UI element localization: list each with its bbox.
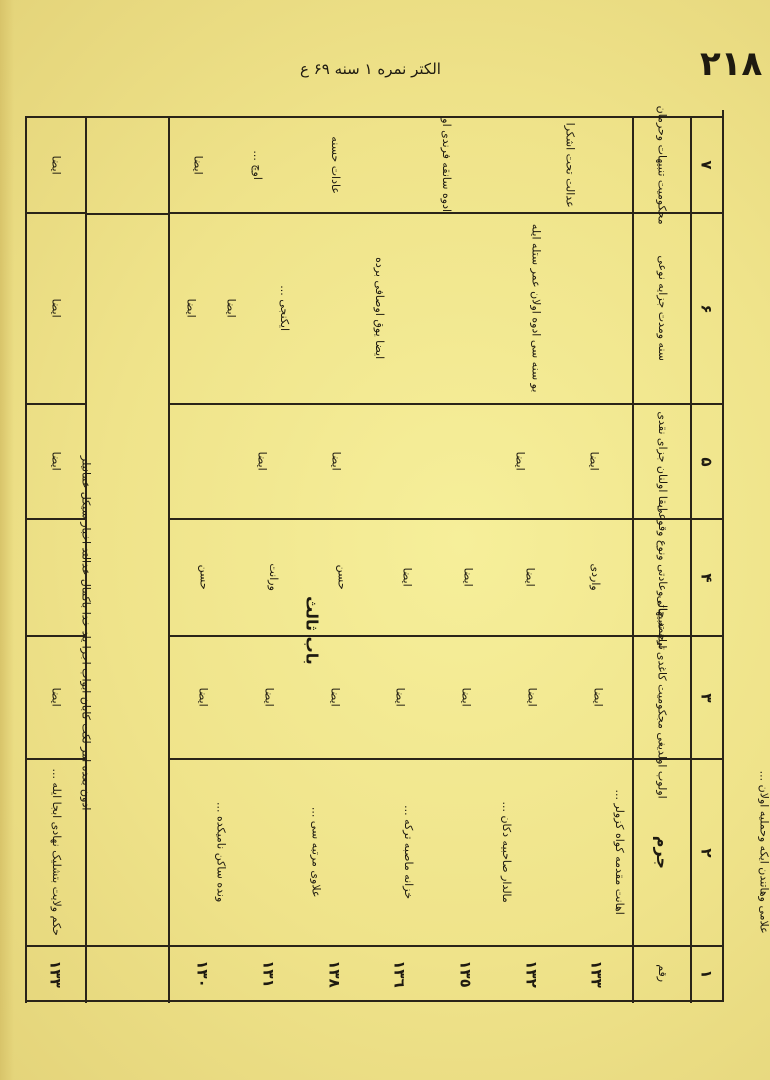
row-ids: ١٣٣ ١٣٢ ١٣٥ ١٣٦ ١٣٨ ١٣١ ١٣٠ — [170, 947, 630, 1000]
bottom-row-col7: ایضا — [27, 118, 85, 212]
col6-text: ایضا — [183, 299, 197, 318]
col2-header: جرم — [634, 760, 690, 945]
crime-text: مالدار صاحبیه دکان ... — [498, 802, 512, 903]
col7-text: عدالت تحت اشکرا — [563, 123, 577, 208]
header-note: الکتر نمره ۱ سنه ۶۹ ع — [300, 60, 441, 78]
frame-right — [722, 110, 724, 1002]
page-edge-shadow — [0, 0, 14, 1080]
col5-number: ۵ — [692, 405, 722, 518]
col4-number: ۴ — [692, 520, 722, 635]
section-caption: ادون بعده امر لکت کابان ابواب اجرا یاد خ… — [87, 380, 167, 880]
bottom-row-id: ١٣٣ — [27, 947, 85, 1000]
crime-text: علامی وهاتندن ایکه وحملیه اولان ... — [756, 771, 770, 934]
col7-entries: عدالت تحت اشکرا ادوه سانقه فرندی او عادا… — [170, 118, 630, 212]
frame-bottom — [25, 1000, 724, 1002]
col7-header: محکومیت تنبیهات وحرمان — [634, 118, 690, 212]
crime-text: خزانه ماصبه ترکه ... — [401, 806, 415, 900]
bottom-row-crime: حکم ولایت بتشلیک نهادی ابجا ایله ... — [27, 760, 85, 945]
col4-entries: واردی ایضا ایضا ایضا حسن ورانت حسن — [170, 520, 630, 635]
col7-text: عادات حسنه — [328, 136, 342, 194]
crime-text: اهانت مقدمه کواه کزولر ... — [612, 790, 626, 915]
col4-text: واردی — [588, 564, 602, 591]
col6-number: ۶ — [692, 214, 722, 403]
grid-h-mid — [85, 213, 168, 215]
row-id: ١٣٣ — [588, 960, 606, 987]
status-text: ایضا — [590, 688, 604, 707]
status-text: ایضا — [327, 688, 341, 707]
col4-text: ورانت — [266, 564, 280, 592]
row-id: ١٣٨ — [325, 960, 343, 987]
crime-text: علاوی مرتبه سی ... — [308, 807, 322, 898]
col7-text: ایضا — [190, 155, 204, 174]
col4-text: ایضا — [522, 568, 536, 587]
col5-text: ایضا — [255, 452, 269, 471]
bottom-row-col6: ایضا — [27, 214, 85, 403]
row-id: ١٣١ — [260, 960, 278, 987]
col6-text: بو سنه سی ادوه اولان عمر ستله ایله — [528, 224, 542, 393]
col5-entries: ایضا ایضا ایضا ایضا — [170, 405, 630, 518]
status-text: ایضا — [261, 688, 275, 707]
col6-entries: بو سنه سی ادوه اولان عمر ستله ایله ایضا … — [170, 214, 630, 403]
row-id: ١٣٠ — [194, 960, 212, 987]
col4-text: حسن — [334, 565, 348, 590]
col5-header: ابقا اولنان جزای نقدی — [634, 405, 690, 518]
bottom-row-col5: ایضا — [27, 405, 85, 518]
crime-text: ونده ساکن نامیکده ... — [213, 802, 227, 902]
col3-number: ٣ — [692, 637, 722, 758]
col7-number: ٧ — [692, 118, 722, 212]
row-id: ١٣٥ — [457, 960, 475, 987]
col5-text: ایضا — [586, 452, 600, 471]
col4-text: ایضا — [399, 568, 413, 587]
status-text: ایضا — [459, 688, 473, 707]
col3-entries: ایضا ایضا ایضا ایضا ایضا ایضا ایضا — [170, 637, 630, 758]
col6-header: سنه ومدت جزایه نوعی — [634, 214, 690, 403]
col6-text: ایکنجی ... — [277, 286, 291, 332]
bottom-row-status: ایضا — [27, 637, 85, 758]
col1-number: ١ — [692, 947, 722, 1000]
col4-text: حسن — [197, 565, 211, 590]
row-id: ١٣٦ — [391, 960, 409, 987]
col1-header: رقم — [634, 947, 690, 1000]
status-text: ایضا — [524, 688, 538, 707]
section-title: باب ثالث — [301, 596, 322, 665]
col7-text: اوچ ... — [249, 150, 263, 179]
col3-header: اولوب اولدیغی مجکومیت کاغدی ایله تنبیهات… — [634, 637, 690, 758]
status-text: ایضا — [196, 688, 210, 707]
col5-text: ایضا — [512, 452, 526, 471]
crime-entries: اهانت درب صاحبی ایله غوسته ولیهی او ... … — [170, 760, 630, 945]
col6-text: ایضا یوق اوصافی برده — [372, 257, 386, 359]
col5-text: ایضا — [328, 452, 342, 471]
col6-text: ایضا — [223, 299, 237, 318]
row-id: ١٣٢ — [522, 960, 540, 987]
status-text: ایضا — [393, 688, 407, 707]
col7-text: ادوه سانقه فرندی او — [438, 118, 452, 212]
col4-text: ایضا — [461, 568, 475, 587]
page-number: ٢١٨ — [700, 44, 762, 84]
col2-number: ٢ — [692, 760, 722, 945]
grid-h-3b — [25, 518, 85, 520]
